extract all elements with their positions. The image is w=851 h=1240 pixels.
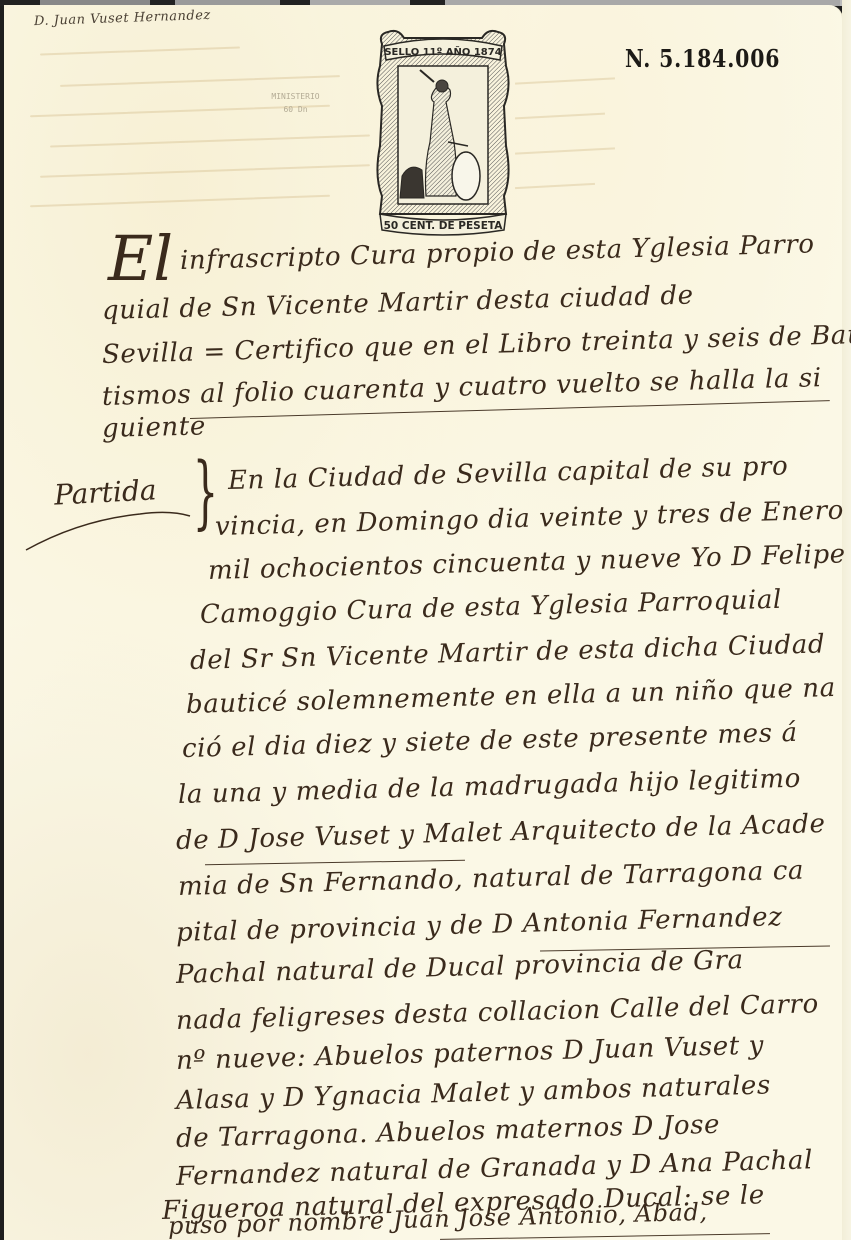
bleed-through-text (20, 40, 380, 210)
decorative-initial: El (108, 228, 173, 290)
bleed-through-text-right (515, 60, 625, 210)
stamp-bottom-text: 50 CENT. DE PESETA (384, 220, 504, 232)
intro-line-5: guiente (102, 411, 207, 444)
serial-number: N. 5.184.006 (625, 44, 780, 73)
flourish-icon (20, 500, 200, 560)
page-edge (842, 0, 851, 1240)
allegorical-figure-icon: SELLO 11º AÑO 1874 50 CENT. DE PESETA (374, 26, 512, 236)
faint-stamp-line2: 60 Dn (248, 103, 343, 116)
tax-stamp: SELLO 11º AÑO 1874 50 CENT. DE PESETA (374, 26, 512, 236)
faint-ministry-stamp: MINISTERIO 60 Dn (248, 90, 343, 116)
faint-stamp-line1: MINISTERIO (248, 90, 343, 103)
stamp-top-text: SELLO 11º AÑO 1874 (384, 45, 501, 58)
